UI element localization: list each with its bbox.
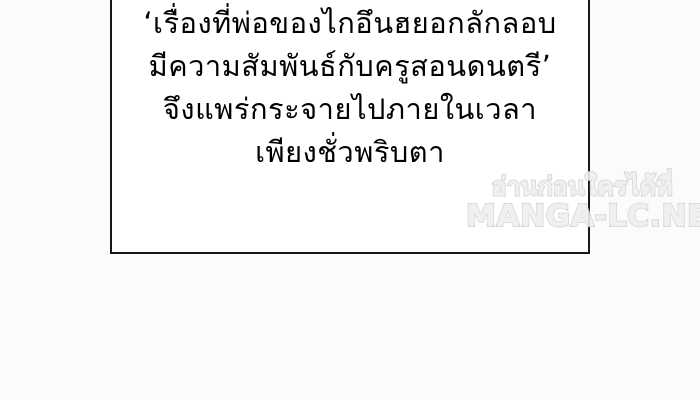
- manga-page: ‘เรื่องที่พ่อของไกอึนฮยอกลักลอบ มีความสั…: [0, 0, 700, 400]
- watermark-site-name: MANGA-LC.NET: [466, 202, 698, 231]
- dialogue-line: ‘เรื่องที่พ่อของไกอึนฮยอกลักลอบ: [112, 2, 588, 45]
- dialogue-line: จึงแพร่กระจายไปภายในเวลา: [112, 88, 588, 131]
- dialogue-line: เพียงชั่วพริบตา: [112, 131, 588, 174]
- dialogue-line: มีความสัมพันธ์กับครูสอนดนตรี’: [112, 45, 588, 88]
- watermark-tagline: อ่านก่อนใครได้ที่: [466, 171, 698, 202]
- narration-text: ‘เรื่องที่พ่อของไกอึนฮยอกลักลอบ มีความสั…: [112, 0, 588, 174]
- site-watermark: อ่านก่อนใครได้ที่ MANGA-LC.NET: [466, 171, 698, 231]
